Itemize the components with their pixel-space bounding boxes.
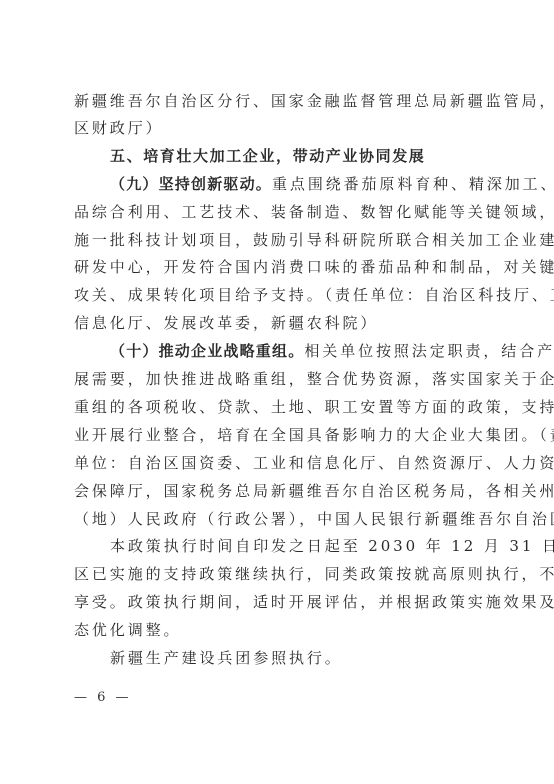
- paragraph-10-first-line: （十）推动企业战略重组。相关单位按照法定职责，结合产业发: [110, 342, 484, 360]
- text-line: 本政策执行时间自印发之日起至 2030 年 12 月 31 日。自治: [110, 537, 484, 555]
- text-line: 展需要，加快推进战略重组，整合优势资源，落实国家关于企业并购: [74, 370, 484, 388]
- text-line: 新疆生产建设兵团参照执行。: [110, 649, 484, 667]
- text-line: 会保障厅，国家税务总局新疆维吾尔自治区税务局，各相关州、市: [74, 482, 484, 500]
- section-heading: 五、培育壮大加工企业，带动产业协同发展: [110, 147, 484, 165]
- text-line: 研发中心，开发符合国内消费口味的番茄品种和制品，对关键技术: [74, 258, 484, 276]
- text-line: 施一批科技计划项目，鼓励引导科研院所联合相关加工企业建立: [74, 231, 484, 249]
- text-line: 新疆维吾尔自治区分行、国家金融监督管理总局新疆监管局，自治: [74, 92, 484, 110]
- text-line: 区财政厅）: [74, 119, 484, 137]
- text-line: 重组的各项税收、贷款、土地、职工安置等方面的政策，支持相关企: [74, 398, 484, 416]
- text-line: 态优化调整。: [74, 621, 484, 639]
- paragraph-lead: （九）坚持创新驱动。: [110, 175, 272, 193]
- document-page: 新疆维吾尔自治区分行、国家金融监督管理总局新疆监管局，自治 区财政厅） 五、培育…: [0, 0, 554, 784]
- text-line: 单位：自治区国资委、工业和信息化厅、自然资源厅、人力资源和社: [74, 454, 484, 472]
- text-line: （地）人民政府（行政公署），中国人民银行新疆维吾尔自治区分行）: [74, 510, 484, 528]
- text-line: 攻关、成果转化项目给予支持。（责任单位：自治区科技厅、工业和: [74, 286, 484, 304]
- page-number: — 6 —: [74, 690, 132, 705]
- text-line: 区已实施的支持政策继续执行，同类政策按就高原则执行，不重复: [74, 565, 484, 583]
- text-line: 享受。政策执行期间，适时开展评估，并根据政策实施效果及时动: [74, 593, 484, 611]
- text-line: 业开展行业整合，培育在全国具备影响力的大企业大集团。（责任: [74, 426, 484, 444]
- paragraph-lead: （十）推动企业战略重组。: [110, 342, 304, 360]
- paragraph-9-first-line: （九）坚持创新驱动。重点围绕番茄原料育种、精深加工、副产: [110, 175, 484, 193]
- text-line: 信息化厅、发展改革委，新疆农科院）: [74, 314, 484, 332]
- text-line: 品综合利用、工艺技术、装备制造、数智化赋能等关键领域，组织实: [74, 203, 484, 221]
